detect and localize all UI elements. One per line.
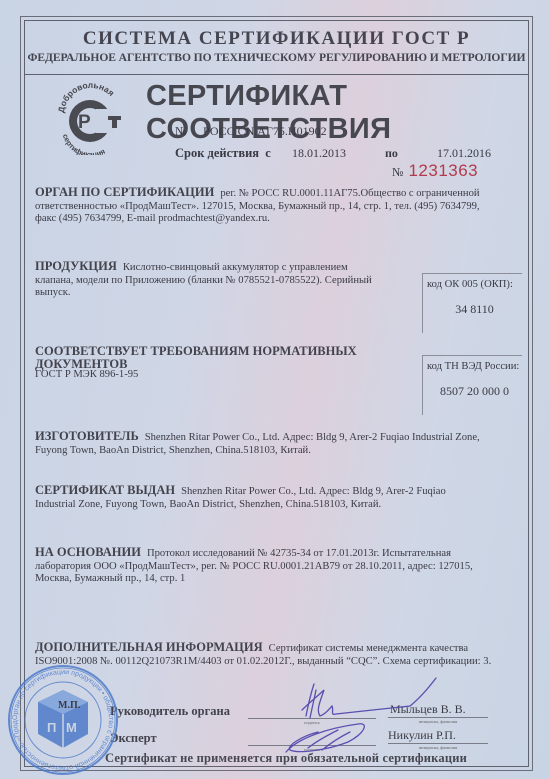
svg-text:М: М [66,720,77,735]
certification-body-label: ОРГАН ПО СЕРТИФИКАЦИИ [35,185,214,199]
blank-number-value: 1231363 [408,161,478,180]
valid-from-date: 18.01.2013 [292,146,346,161]
conformity-section: СООТВЕТСТВУЕТ ТРЕБОВАНИЯМ НОРМАТИВНЫХ ДО… [35,345,415,382]
manufacturer-label: ИЗГОТОВИТЕЛЬ [35,429,139,443]
certification-body-section: ОРГАН ПО СЕРТИФИКАЦИИрег. № РОСС RU.0001… [35,186,497,226]
conformity-standard: ГОСТ Р МЭК 896-1-95 [35,369,415,382]
head-of-body-label: Руководитель органа [110,704,230,719]
valid-to-date: 17.01.2016 [437,146,491,161]
header-divider [24,74,529,75]
manufacturer-section: ИЗГОТОВИТЕЛЬShenzhen Ritar Power Co., Lt… [35,430,487,457]
tnved-code-label: код ТН ВЭД России: [427,361,522,372]
agency-name: ФЕДЕРАЛЬНОЕ АГЕНТСТВО ПО ТЕХНИЧЕСКОМУ РЕ… [24,51,529,64]
head-signature-icon [280,676,440,722]
okp-code-label: код ОК 005 (ОКП): [427,279,522,290]
expert-name-caption: инициалы, фамилия [388,745,488,750]
rst-logo-icon: Добровольная Р сертификация [56,83,126,155]
blank-number-label: № [392,165,403,179]
svg-text:Р: Р [78,112,91,133]
basis-section: НА ОСНОВАНИИПротокол исследований № 4273… [35,546,490,586]
expert-name: Никулин Р.П. [388,728,456,743]
certificate-number: РОСС CN.АГ75.Н01902 [203,124,327,139]
basis-label: НА ОСНОВАНИИ [35,545,141,559]
tnved-code-box: код ТН ВЭД России: 8507 20 000 0 [422,355,522,415]
additional-info-label: ДОПОЛНИТЕЛЬНАЯ ИНФОРМАЦИЯ [35,640,263,654]
validity-label: Срок действия с [175,146,271,161]
valid-to-label: по [385,146,398,161]
okp-code-box: код ОК 005 (ОКП): 34 8110 [422,273,522,333]
okp-code-value: 34 8110 [427,302,522,317]
conformity-label: СООТВЕТСТВУЕТ ТРЕБОВАНИЯМ НОРМАТИВНЫХ ДО… [35,345,409,370]
product-label: ПРОДУКЦИЯ [35,259,117,273]
blank-number: № 1231363 [392,161,478,181]
issued-to-label: СЕРТИФИКАТ ВЫДАН [35,483,175,497]
tnved-code-value: 8507 20 000 0 [427,384,522,399]
stamp-place-label: М.П. [58,700,80,711]
svg-text:П: П [47,720,56,735]
system-title: СИСТЕМА СЕРТИФИКАЦИИ ГОСТ Р [24,28,529,50]
number-label: № [175,124,186,139]
product-section: ПРОДУКЦИЯКислотно-свинцовый аккумулятор … [35,260,385,300]
footer-note: Сертификат не применяется при обязательн… [105,751,525,766]
expert-name-line [388,743,488,744]
issued-to-section: СЕРТИФИКАТ ВЫДАНShenzhen Ritar Power Co.… [35,484,483,511]
